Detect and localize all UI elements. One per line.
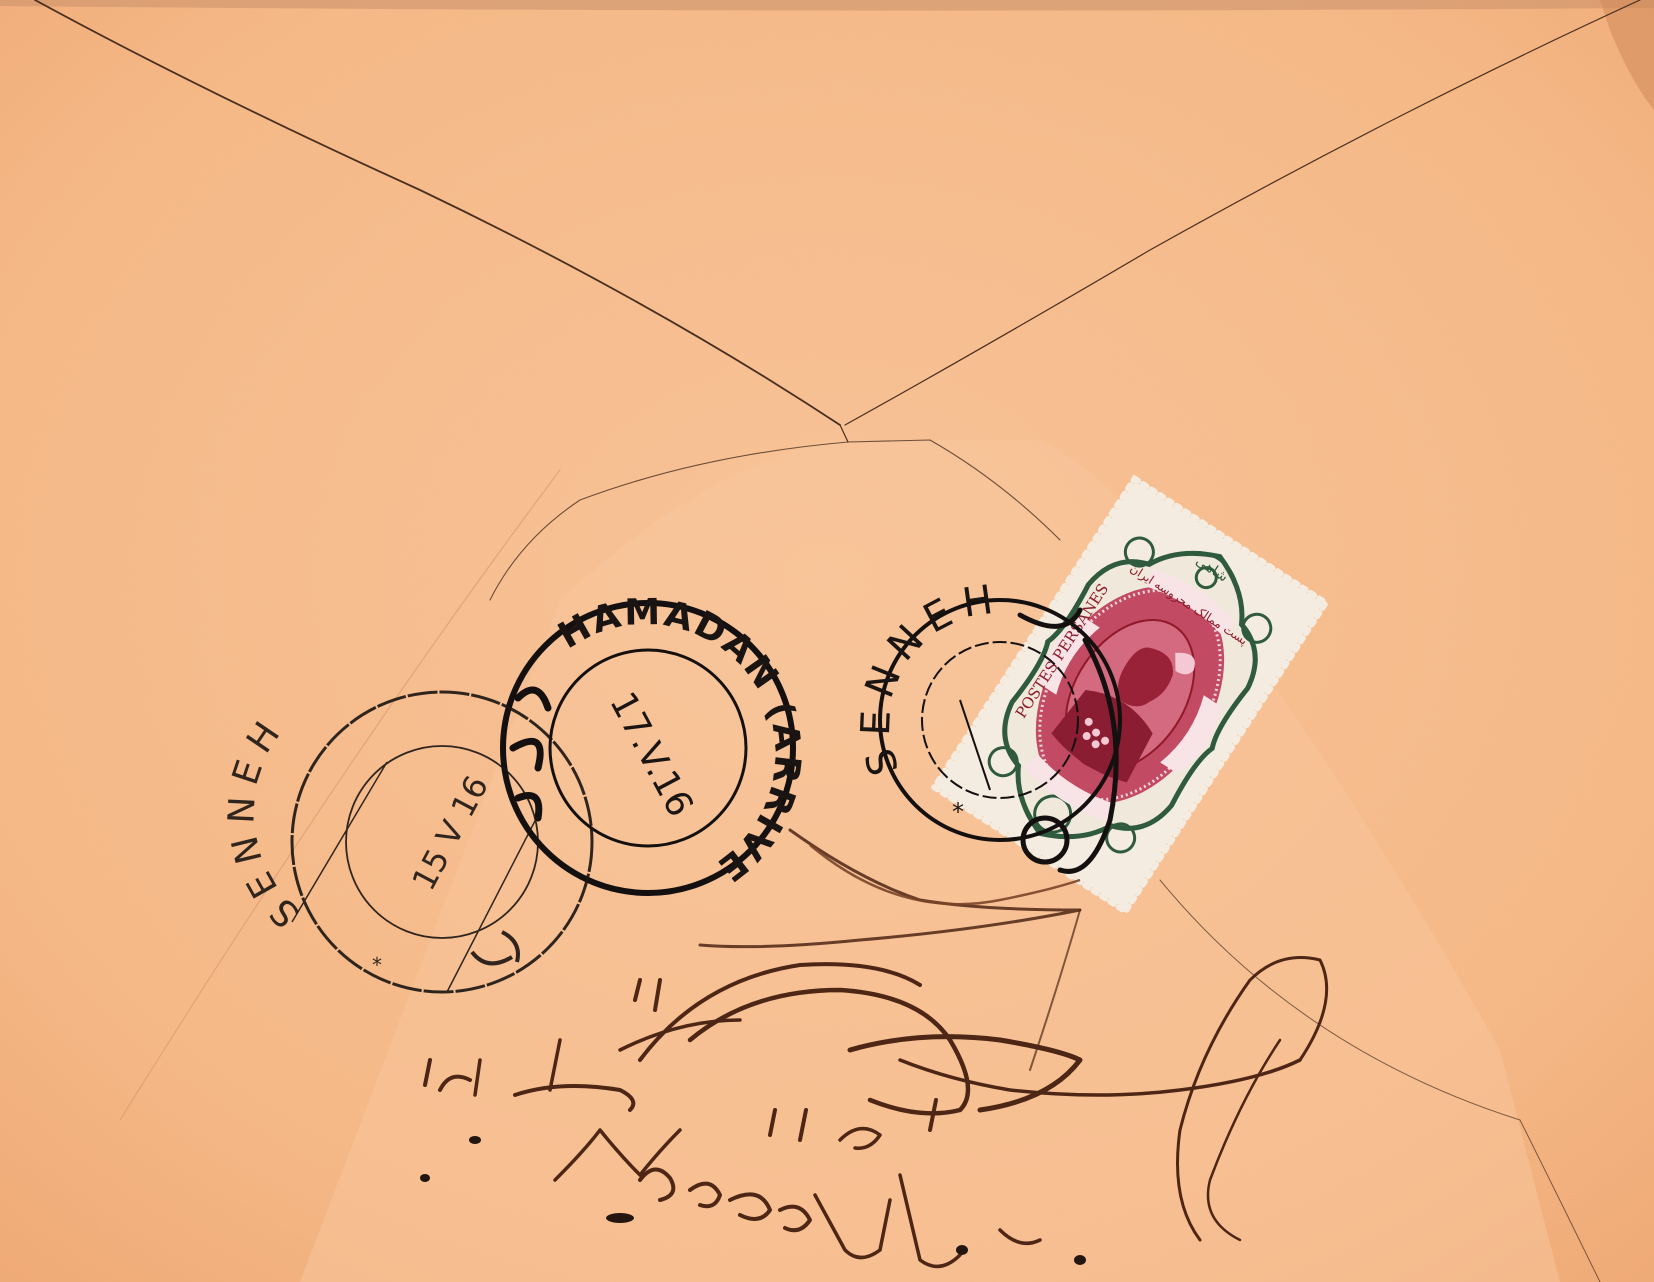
svg-text:*: * [372,953,382,977]
envelope-illustration: POSTES PERSANES پست ممالک محروسه ایران ش… [0,0,1654,1282]
svg-text:*: * [952,798,964,826]
envelope-back: POSTES PERSANES پست ممالک محروسه ایران ش… [0,0,1654,1282]
